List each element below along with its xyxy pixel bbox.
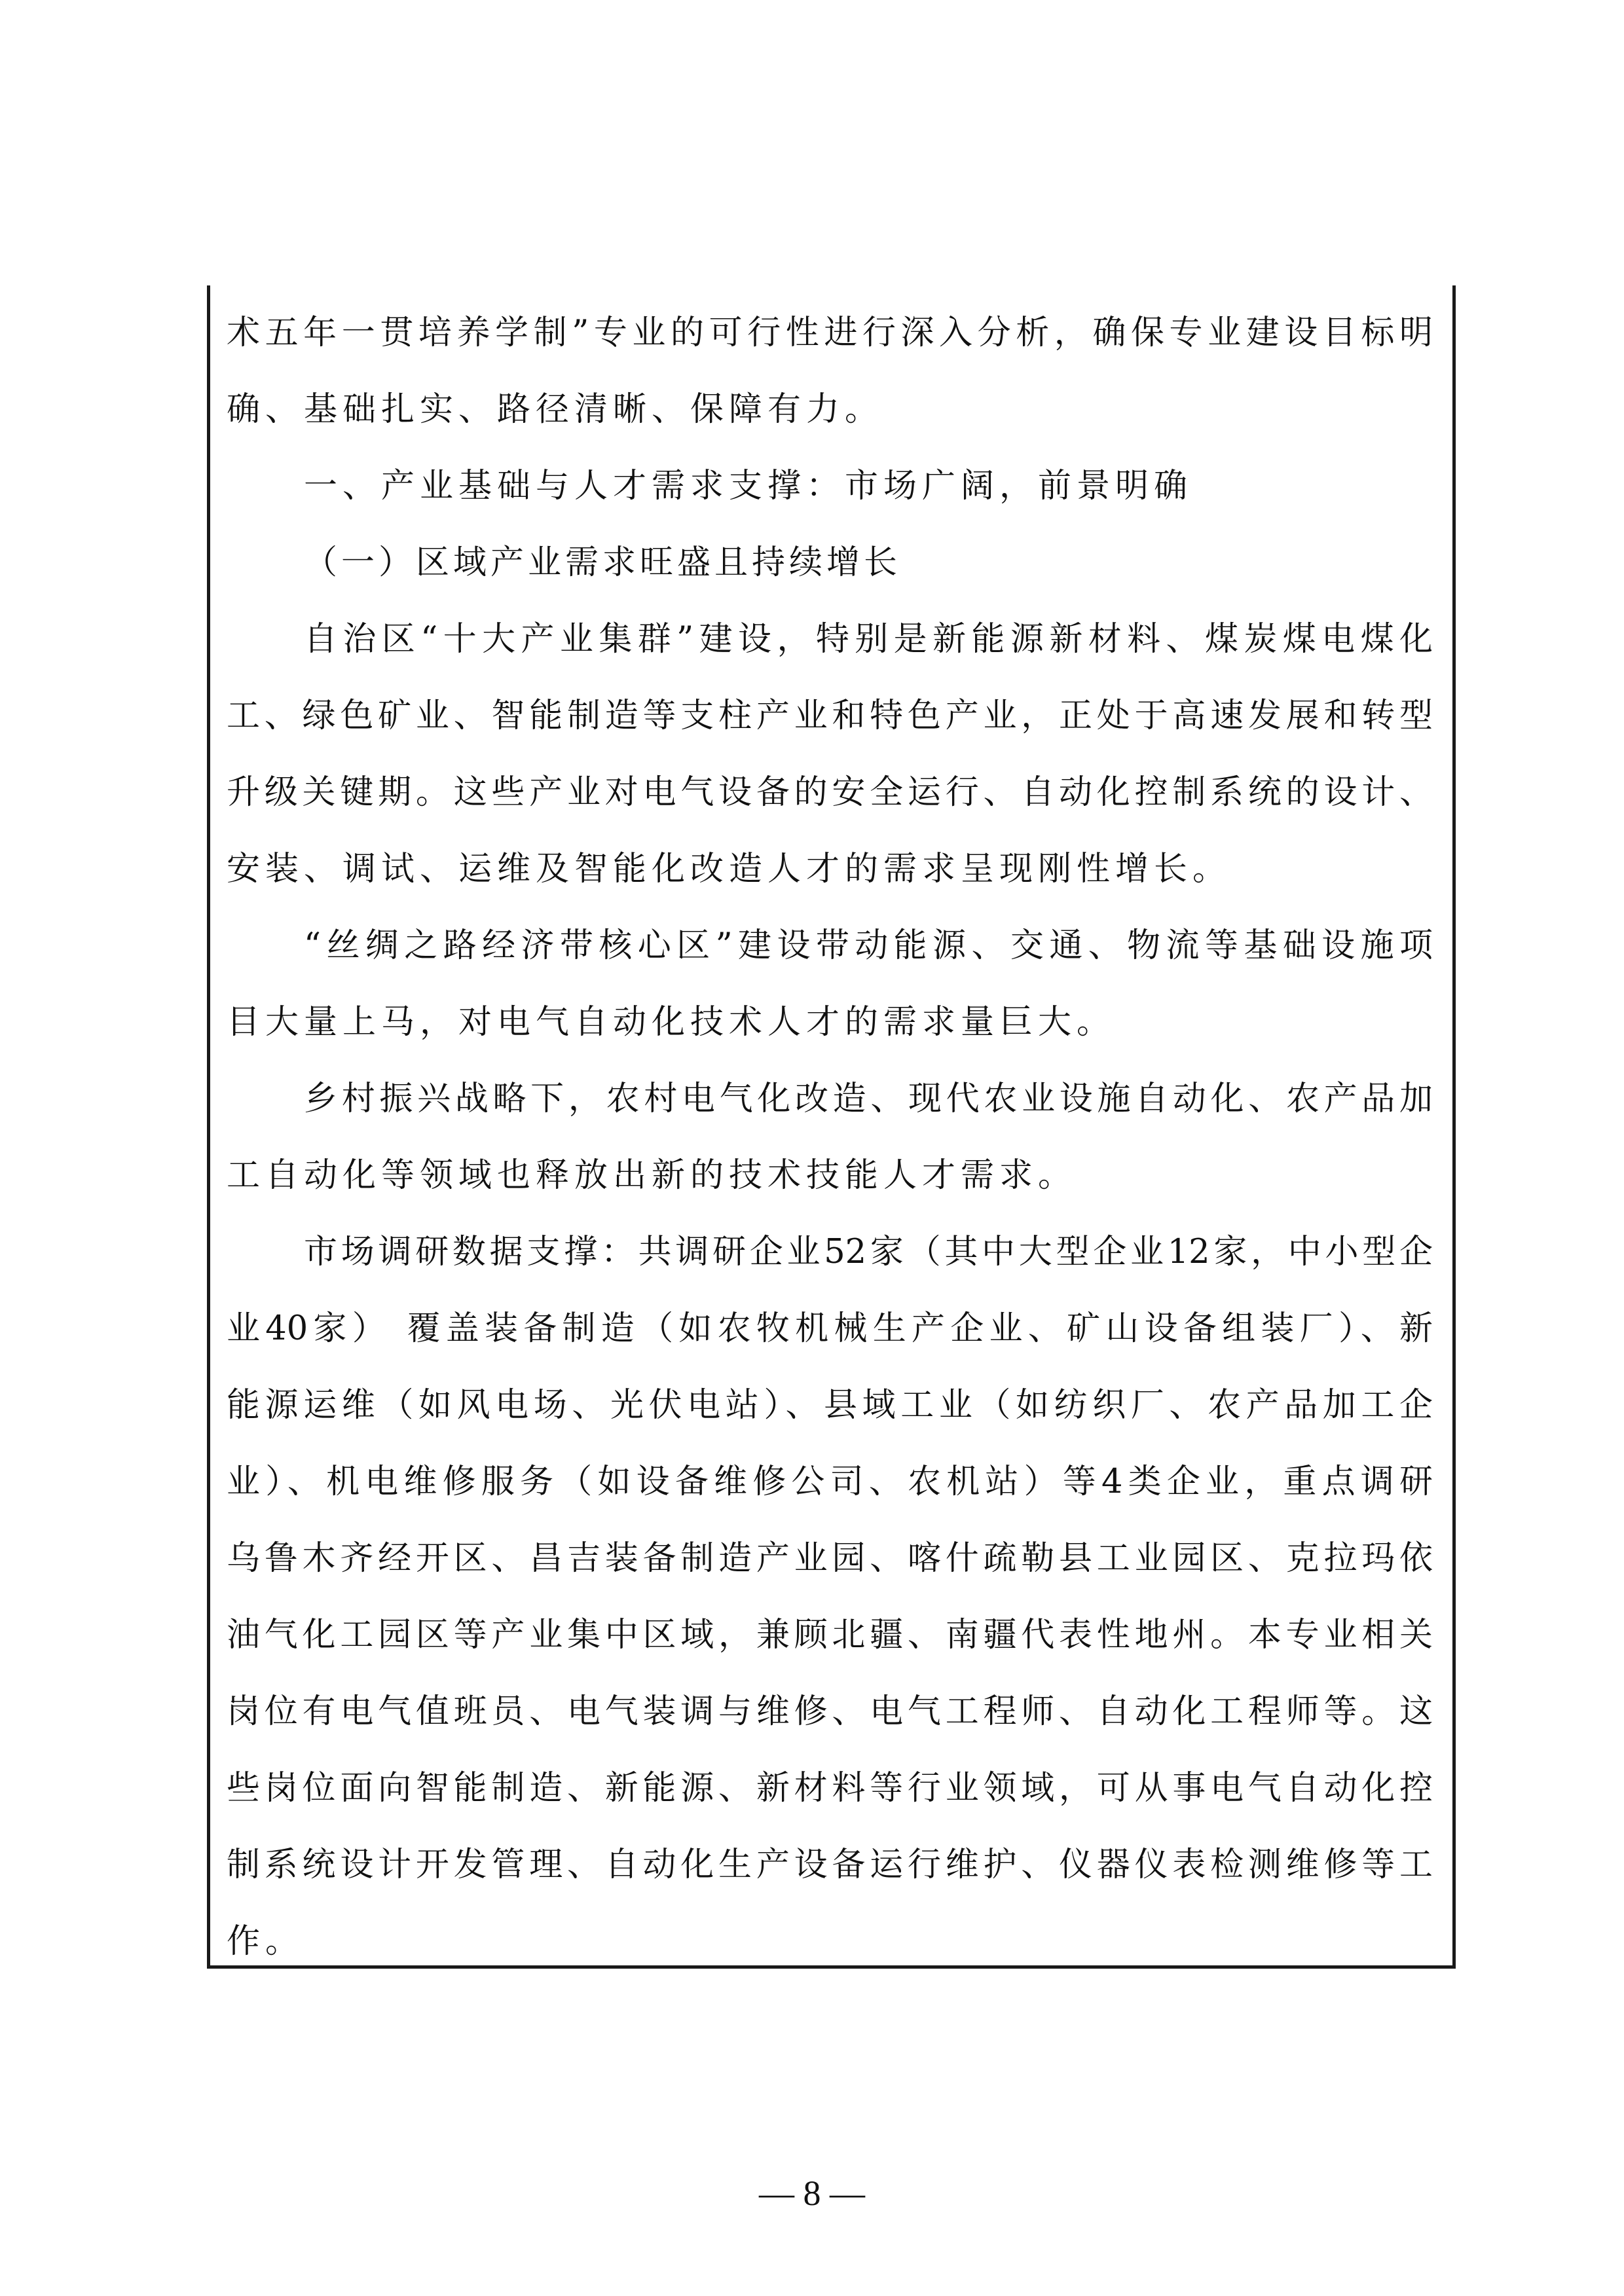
- text-line-1: 术五年一贯培养学制”专业的可行性进行深入分析，确保专业建设目标明: [227, 295, 1433, 371]
- text-line-9: “丝绸之路经济带核心区”建设带动能源、交通、物流等基础设施项: [227, 907, 1433, 984]
- subsection-heading: （一）区域产业需求旺盛且持续增长: [227, 524, 901, 601]
- text-line-21: 制系统设计开发管理、自动化生产设备运行维护、仪器仪表检测维修等工: [227, 1827, 1433, 1903]
- text-line-13: 市场调研数据支撑：共调研企业52家（其中大型企业12家，中小型企: [227, 1214, 1433, 1290]
- text-line-11: 乡村振兴战略下，农村电气化改造、现代农业设施自动化、农产品加: [227, 1061, 1433, 1137]
- text-line-10: 目大量上马，对电气自动化技术人才的需求量巨大。: [227, 984, 1115, 1061]
- text-line-18: 油气化工园区等产业集中区域，兼顾北疆、南疆代表性地州。本专业相关: [227, 1597, 1433, 1673]
- text-line-20: 些岗位面向智能制造、新能源、新材料等行业领域，可从事电气自动化控: [227, 1750, 1433, 1827]
- page-number: — 8 —: [0, 2172, 1624, 2214]
- text-line-16: 业）、机电维修服务（如设备维修公司、农机站）等4类企业，重点调研: [227, 1444, 1433, 1520]
- text-line-2: 确、基础扎实、路径清晰、保障有力。: [227, 371, 883, 448]
- text-line-14: 业40家） 覆盖装备制造（如农牧机械生产企业、矿山设备组装厂）、新: [227, 1290, 1433, 1367]
- text-line-19: 岗位有电气值班员、电气装调与维修、电气工程师、自动化工程师等。这: [227, 1673, 1433, 1750]
- section-heading: 一、产业基础与人才需求支撑：市场广阔，前景明确: [227, 448, 1192, 524]
- text-line-22: 作。: [227, 1903, 304, 1980]
- text-line-8: 安装、调试、运维及智能化改造人才的需求呈现刚性增长。: [227, 831, 1231, 907]
- text-line-6: 工、绿色矿业、智能制造等支柱产业和特色产业，正处于高速发展和转型: [227, 678, 1433, 754]
- text-line-17: 乌鲁木齐经开区、昌吉装备制造产业园、喀什疏勒县工业园区、克拉玛依: [227, 1520, 1433, 1597]
- text-line-15: 能源运维（如风电场、光伏电站）、县域工业（如纺织厂、农产品加工企: [227, 1367, 1433, 1444]
- text-line-7: 升级关键期。这些产业对电气设备的安全运行、自动化控制系统的设计、: [227, 754, 1433, 831]
- text-line-5: 自治区“十大产业集群”建设，特别是新能源新材料、煤炭煤电煤化: [227, 601, 1433, 678]
- text-line-12: 工自动化等领域也释放出新的技术技能人才需求。: [227, 1137, 1077, 1214]
